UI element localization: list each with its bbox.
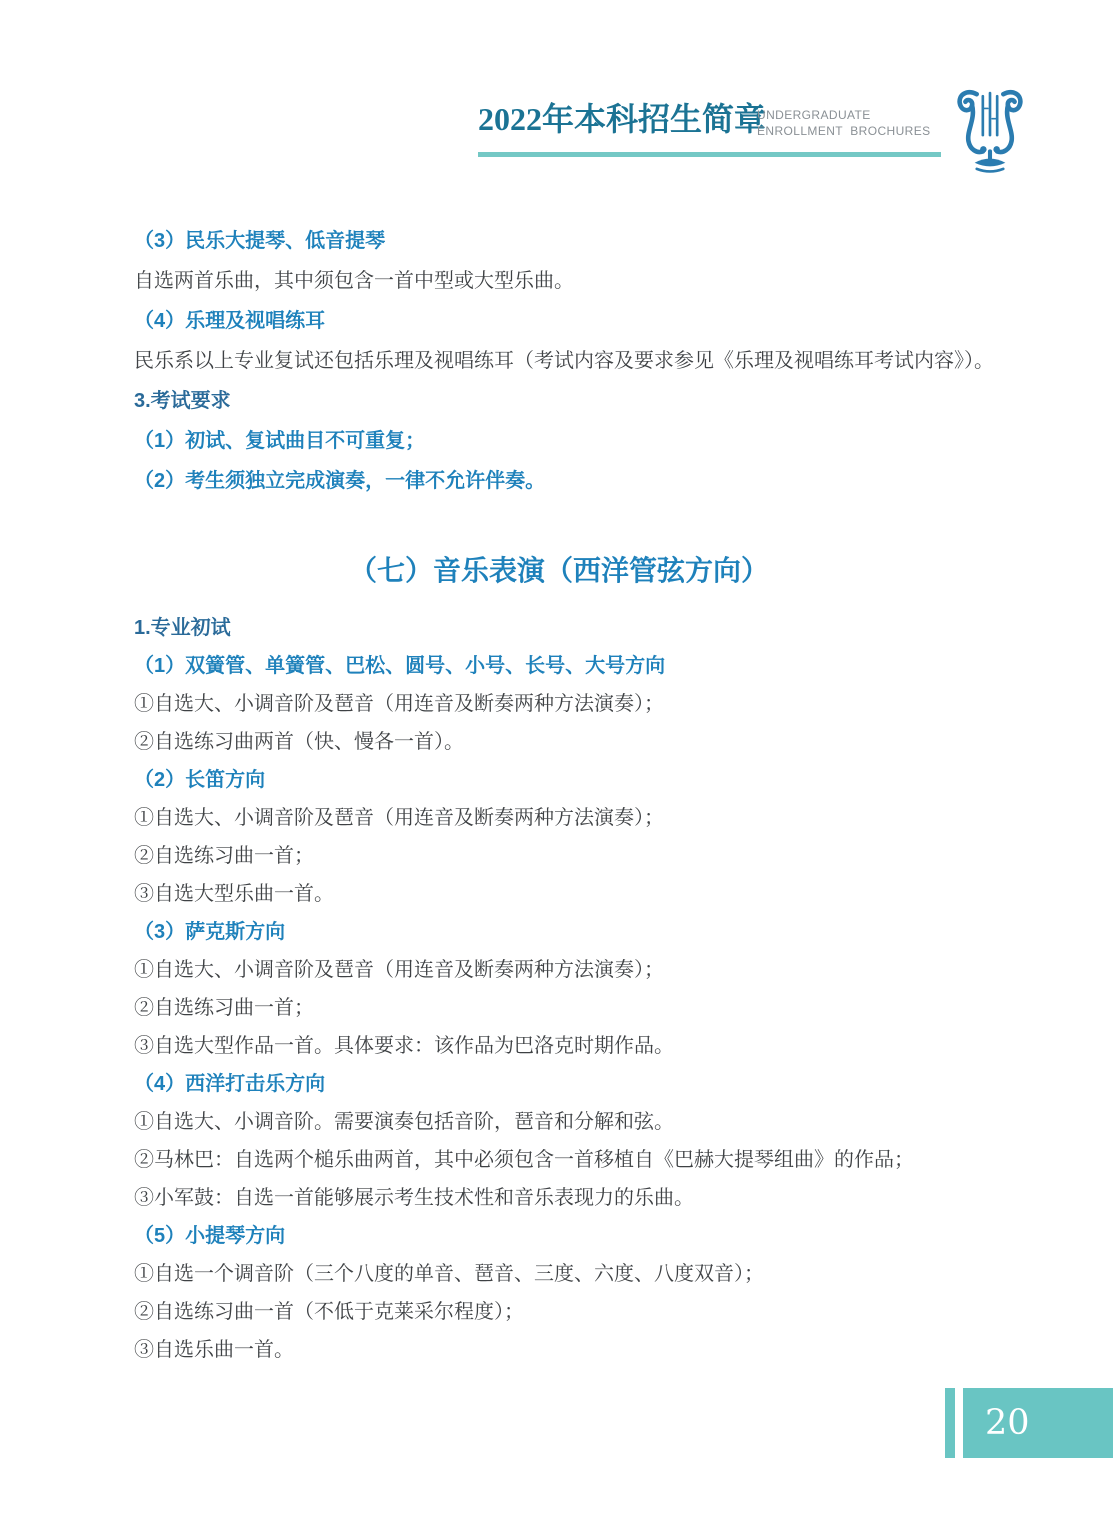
page-number: 20: [963, 1388, 1030, 1458]
page-number-badge: 20: [963, 1388, 1113, 1458]
body-text-line: ②自选练习曲一首（不低于克莱采尔程度）；: [134, 1293, 984, 1331]
heading-line: 3.考试要求: [134, 381, 984, 421]
body-text-line: ①自选一个调音阶（三个八度的单音、琶音、三度、六度、八度双音）；: [134, 1255, 984, 1293]
lyre-logo-icon: [956, 88, 1024, 174]
body-text-line: ②自选练习曲两首（快、慢各一首）。: [134, 723, 984, 761]
body-text-line: ②自选练习曲一首；: [134, 989, 984, 1027]
heading-line: 1.专业初试: [134, 609, 984, 647]
header-underline-bar: [478, 152, 941, 157]
brochure-page: 2022年本科招生简章 UNDERGRADUATE ENROLLMENT BRO…: [0, 0, 1118, 1528]
body-text-line: ③自选大型乐曲一首。: [134, 875, 984, 913]
body-text-line: ①自选大、小调音阶及琶音（用连音及断奏两种方法演奏）；: [134, 951, 984, 989]
body-text-line: ①自选大、小调音阶及琶音（用连音及断奏两种方法演奏）；: [134, 799, 984, 837]
heading-line: （5）小提琴方向: [134, 1217, 984, 1255]
header-subtitle-line2: ENROLLMENT BROCHURES: [757, 123, 931, 139]
body-text-line: ②马林巴：自选两个槌乐曲两首，其中必须包含一首移植自《巴赫大提琴组曲》的作品；: [134, 1141, 984, 1179]
body-text-line: ①自选大、小调音阶及琶音（用连音及断奏两种方法演奏）；: [134, 685, 984, 723]
header-subtitle: UNDERGRADUATE ENROLLMENT BROCHURES: [757, 107, 931, 139]
heading-line: （1）双簧管、单簧管、巴松、圆号、小号、长号、大号方向: [134, 647, 984, 685]
heading-line: （4）乐理及视唱练耳: [134, 301, 984, 341]
body-text-line: ③自选大型作品一首。具体要求：该作品为巴洛克时期作品。: [134, 1027, 984, 1065]
heading-line: （3）民乐大提琴、低音提琴: [134, 221, 984, 261]
header-subtitle-line1: UNDERGRADUATE: [757, 107, 931, 123]
body-text-line: ③自选乐曲一首。: [134, 1331, 984, 1369]
body-text-line: 自选两首乐曲，其中须包含一首中型或大型乐曲。: [134, 261, 984, 301]
document-body: （3）民乐大提琴、低音提琴自选两首乐曲，其中须包含一首中型或大型乐曲。（4）乐理…: [0, 221, 1118, 1369]
body-text-line: 民乐系以上专业复试还包括乐理及视唱练耳（考试内容及要求参见《乐理及视唱练耳考试内…: [134, 341, 984, 381]
page-badge-accent-bar: [945, 1388, 955, 1458]
body-text-line: ③小军鼓：自选一首能够展示考生技术性和音乐表现力的乐曲。: [134, 1179, 984, 1217]
heading-line: （1）初试、复试曲目不可重复；: [134, 421, 984, 461]
body-text-line: ①自选大、小调音阶。需要演奏包括音阶，琶音和分解和弦。: [134, 1103, 984, 1141]
heading-line: （2）长笛方向: [134, 761, 984, 799]
header-title: 2022年本科招生简章: [478, 96, 766, 142]
heading-line: （3）萨克斯方向: [134, 913, 984, 951]
heading-line: （2）考生须独立完成演奏，一律不允许伴奏。: [134, 461, 984, 501]
exam-requirements-block: （3）民乐大提琴、低音提琴自选两首乐曲，其中须包含一首中型或大型乐曲。（4）乐理…: [134, 221, 984, 501]
western-orchestra-block: 1.专业初试（1）双簧管、单簧管、巴松、圆号、小号、长号、大号方向①自选大、小调…: [134, 609, 984, 1369]
body-text-line: ②自选练习曲一首；: [134, 837, 984, 875]
section-title: （七）音乐表演（西洋管弦方向）: [134, 551, 984, 591]
heading-line: （4）西洋打击乐方向: [134, 1065, 984, 1103]
